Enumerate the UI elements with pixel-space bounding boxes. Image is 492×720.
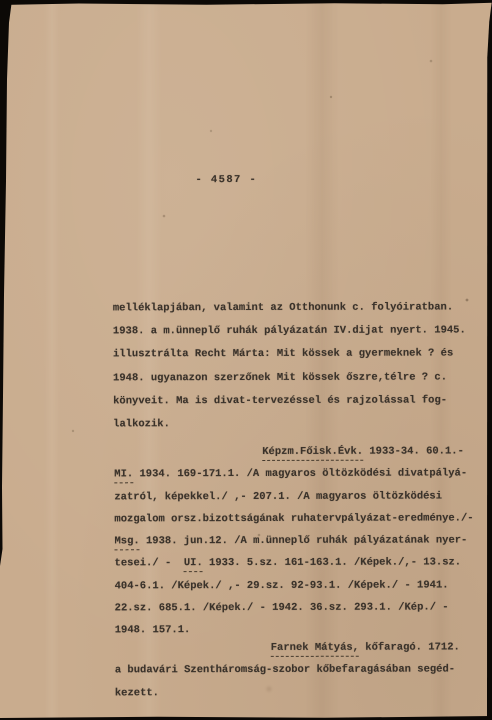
entry-name-underlined: Farnek Mátyás, bbox=[271, 642, 359, 657]
reference-line: Képzm.Főisk.Évk. 1933-34. 60.1.- bbox=[114, 440, 473, 463]
reference-source-underlined: MI. bbox=[114, 469, 133, 484]
entry-recht-references: Képzm.Főisk.Évk. 1933-34. 60.1.- MI. 193… bbox=[114, 440, 474, 642]
reference-source-underlined: Képzm.Főisk.Évk. bbox=[262, 446, 363, 461]
entry-recht-paragraph: melléklapjában, valamint az Otthonunk c.… bbox=[113, 296, 466, 436]
paragraph-line: lalkozik. bbox=[113, 412, 466, 436]
paragraph-line: illusztrálta Recht Márta: Mit kössek a g… bbox=[113, 343, 466, 367]
reference-citation-text: 1933. 5.sz. 161-163.1. /Képek./,- 13.sz. bbox=[203, 557, 461, 570]
reference-pre-text: 1948. 157.1. bbox=[115, 625, 191, 637]
entry-farnek-heading: Farnek Mátyás, kőfaragó. 1712. bbox=[115, 636, 460, 659]
reference-line: zatról, képekkel./ ,- 207.1. /A magyaros… bbox=[114, 485, 473, 508]
page-number: - 4587 - bbox=[196, 174, 258, 186]
reference-pre-text: 22.sz. 685.1. /Képek./ - 1942. 36.sz. 29… bbox=[115, 602, 449, 615]
reference-pre-text: mozgalom orsz.bizottságának ruhatervpály… bbox=[114, 512, 473, 525]
entry-heading-text: kőfaragó. 1712. bbox=[359, 641, 460, 653]
scan-border-right bbox=[487, 0, 492, 720]
reference-citation-text: 1933-34. 60.1.- bbox=[363, 445, 464, 457]
entry-body-line: kezett. bbox=[115, 681, 460, 704]
reference-line: 22.sz. 685.1. /Képek./ - 1942. 36.sz. 29… bbox=[115, 596, 474, 619]
entry-farnek: Farnek Mátyás, kőfaragó. 1712. a budavár… bbox=[115, 636, 460, 704]
paragraph-line: melléklapjában, valamint az Otthonunk c.… bbox=[113, 296, 466, 320]
reference-pre-text: 404-6.1. /Képek./ ,- 29.sz. 92-93.1. /Ké… bbox=[115, 579, 449, 592]
paragraph-line: könyveit. Ma is divat-tervezéssel és raj… bbox=[113, 389, 466, 413]
paragraph-line: 1938. a m.ünneplő ruhák pályázatán IV.di… bbox=[113, 320, 466, 344]
reference-line: tesei./ - UI. 1933. 5.sz. 161-163.1. /Ké… bbox=[115, 552, 474, 575]
reference-source-underlined: UI. bbox=[184, 558, 203, 573]
reference-pre-text: zatról, képekkel./ ,- 207.1. /A magyaros… bbox=[114, 490, 442, 503]
paragraph-line: 1948. ugyanazon szerzőnek Mit kössek ősz… bbox=[113, 366, 466, 390]
entry-body-line: a budavári Szentháromság-szobor kőbefara… bbox=[115, 659, 460, 682]
reference-line: MI. 1934. 169-171.1. /A magyaros öltözkö… bbox=[114, 463, 473, 486]
reference-source-underlined: Msg. bbox=[114, 535, 139, 550]
reference-line: mozgalom orsz.bizottságának ruhatervpály… bbox=[114, 507, 473, 530]
reference-line: 404-6.1. /Képek./ ,- 29.sz. 92-93.1. /Ké… bbox=[115, 574, 474, 597]
page-content: - 4587 - melléklapjában, valamint az Ott… bbox=[0, 0, 492, 720]
reference-citation-text: 1938. jun.12. /A m.ünneplő ruhák pályáza… bbox=[140, 535, 468, 548]
scanned-page: - 4587 - melléklapjában, valamint az Ott… bbox=[0, 0, 492, 720]
reference-citation-text: 1934. 169-171.1. /A magyaros öltözködési… bbox=[133, 468, 467, 481]
reference-pre-text: tesei./ - bbox=[115, 558, 184, 570]
reference-line: Msg. 1938. jun.12. /A m.ünneplő ruhák pá… bbox=[114, 530, 473, 553]
